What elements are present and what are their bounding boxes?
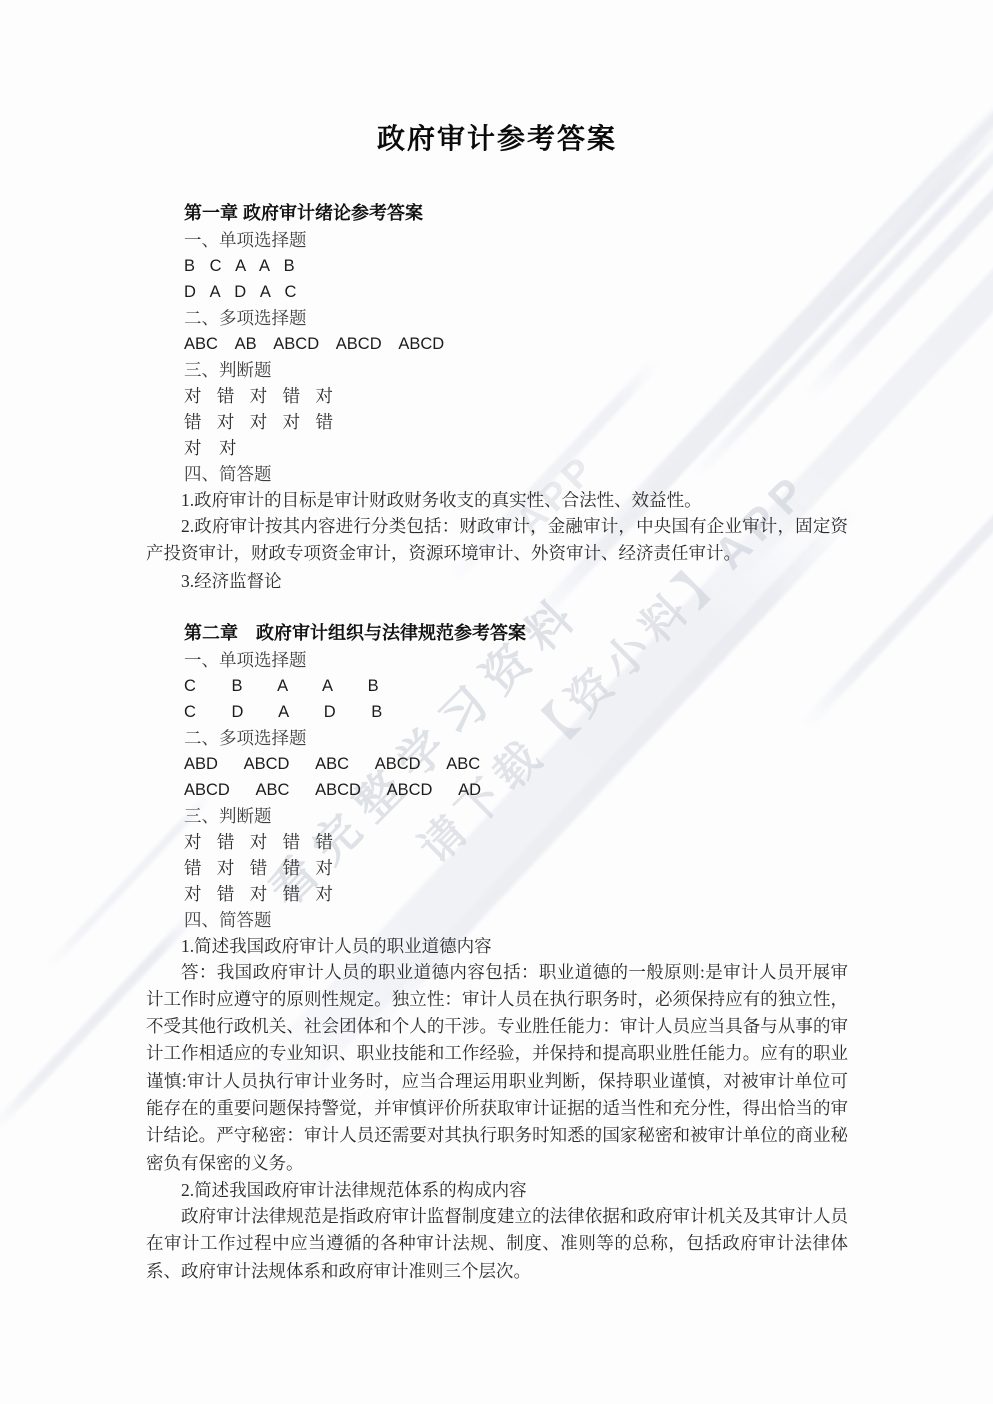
ch1-answer-3: 3.经济监督论 (146, 568, 848, 594)
document-page: 看完整学习资料 请下载【资小料】APP APP 政府审计参考答案 第一章 政府审… (0, 0, 993, 1404)
ch2-answer-1: 答：我国政府审计人员的职业道德内容包括：职业道德的一般原则:是审计人员开展审计工… (146, 959, 848, 1177)
ch1-single-choice-label: 一、单项选择题 (184, 227, 848, 253)
chapter-2-heading: 第二章 政府审计组织与法律规范参考答案 (184, 620, 848, 647)
ch2-multi-choice-label: 二、多项选择题 (184, 725, 848, 751)
ch1-judgment-label: 三、判断题 (184, 357, 848, 383)
ch1-judgment-row: 对 对 (184, 435, 848, 461)
ch2-judgment-label: 三、判断题 (184, 803, 848, 829)
ch1-single-answers-row: D A D A C (184, 279, 848, 305)
ch1-multi-answers-row: ABC AB ABCD ABCD ABCD (184, 331, 848, 357)
ch2-judgment-row: 对 错 对 错 错 (184, 829, 848, 855)
ch1-judgment-row: 对 错 对 错 对 (184, 383, 848, 409)
ch2-single-choice-label: 一、单项选择题 (184, 647, 848, 673)
ch2-question-2: 2.简述我国政府审计法律规范体系的构成内容 (146, 1177, 848, 1203)
chapter-1-heading: 第一章 政府审计绪论参考答案 (184, 200, 848, 227)
ch2-judgment-row: 对 错 对 错 对 (184, 881, 848, 907)
ch2-multi-answers-row: ABCD ABC ABCD ABCD AD (184, 777, 848, 803)
ch1-answer-1: 1.政府审计的目标是审计财政财务收支的真实性、合法性、效益性。 (146, 487, 848, 513)
ch2-judgment-row: 错 对 错 错 对 (184, 855, 848, 881)
ch1-multi-choice-label: 二、多项选择题 (184, 305, 848, 331)
ch1-answer-2: 2.政府审计按其内容进行分类包括：财政审计，金融审计，中央国有企业审计，固定资产… (146, 513, 848, 568)
ch2-multi-answers-row: ABD ABCD ABC ABCD ABC (184, 751, 848, 777)
ch1-judgment-row: 错 对 对 对 错 (184, 409, 848, 435)
ch2-single-answers-row: C B A A B (184, 673, 848, 699)
ch2-single-answers-row: C D A D B (184, 699, 848, 725)
ch2-answer-2: 政府审计法律规范是指政府审计监督制度建立的法律依据和政府审计机关及其审计人员在审… (146, 1203, 848, 1285)
document-content: 政府审计参考答案 第一章 政府审计绪论参考答案 一、单项选择题 B C A A … (0, 0, 993, 1285)
page-title: 政府审计参考答案 (146, 0, 848, 158)
ch2-question-1: 1.简述我国政府审计人员的职业道德内容 (146, 933, 848, 959)
ch1-short-answer-label: 四、简答题 (184, 461, 848, 487)
ch1-single-answers-row: B C A A B (184, 253, 848, 279)
ch2-short-answer-label: 四、简答题 (184, 907, 848, 933)
